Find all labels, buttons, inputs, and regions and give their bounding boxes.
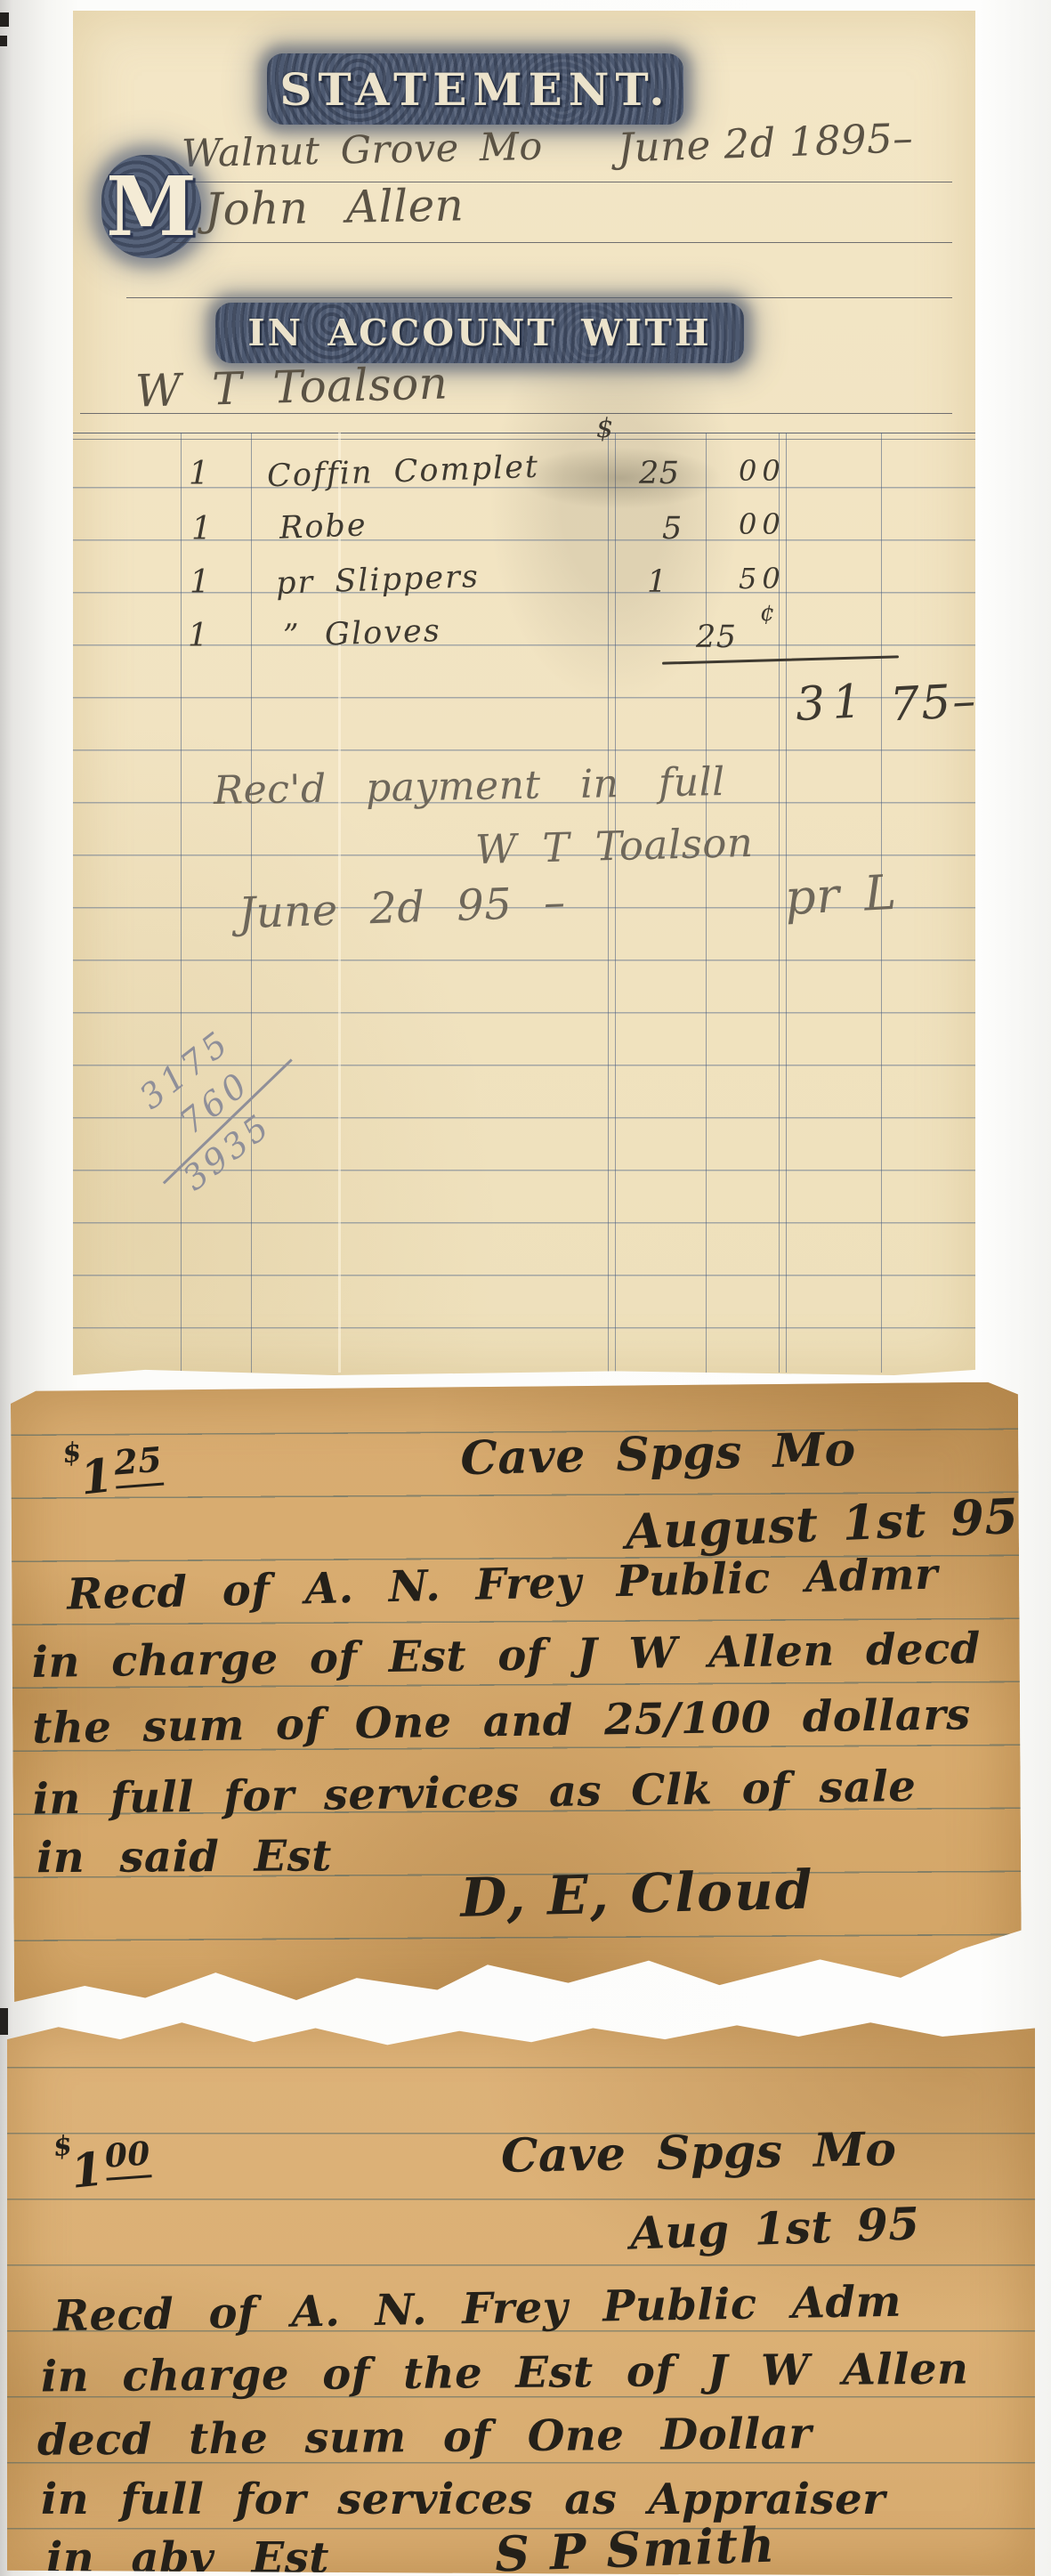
- item-qty: 1: [188, 618, 208, 654]
- item-dollar-mark: $: [596, 413, 614, 444]
- statement-customer: John Allen: [205, 179, 465, 235]
- item-dollars: 1: [647, 564, 667, 600]
- receipt-clerk-amount-dollars: 1: [77, 1448, 116, 1506]
- table-vline-amount-left-b: [615, 433, 616, 1373]
- item-desc: Coffin Complet: [266, 450, 539, 495]
- in-account-with-banner: IN ACCOUNT WITH: [215, 303, 744, 363]
- item-dollars: 25: [639, 456, 680, 491]
- receipt-clerk-document: $ 1 25 Cave Spgs Mo August 1st 95 Recd o…: [11, 1382, 1022, 2012]
- receipt-appraiser-signature: S P Smith: [494, 2516, 777, 2576]
- item-dollars: 25: [696, 620, 737, 655]
- gloves-underline: [662, 655, 899, 664]
- pencil-arithmetic: 3175 760 3935: [114, 1036, 268, 1193]
- receipt-appraiser-body-line: decd the sum of One Dollar: [37, 2409, 813, 2466]
- receipt-clerk-amount-cents: 25: [113, 1439, 165, 1489]
- blank-rule: [126, 297, 952, 298]
- scan-edge-mark: [0, 12, 9, 27]
- ink-smudge: [518, 447, 723, 509]
- statement-vendor: W T Toalson: [134, 357, 449, 417]
- receipt-appraiser-body-line: in charge of the Est of J W Allen: [41, 2344, 969, 2402]
- item-qty: 1: [191, 511, 212, 547]
- item-qty: 1: [190, 564, 210, 601]
- receipt-clerk-place: Cave Spgs Mo: [460, 1422, 857, 1486]
- receipt-clerk-body-line: Recd of A. N. Frey Public Admr: [67, 1550, 939, 1620]
- item-cents: 00: [739, 454, 786, 488]
- receipt-appraiser-document: $ 1 00 Cave Spgs Mo Aug 1st 95 Recd of A…: [7, 2017, 1035, 2576]
- statement-banner-label: STATEMENT.: [279, 63, 670, 116]
- received-note: Rec'd payment in full: [214, 759, 726, 814]
- table-vline-qty-left: [181, 433, 182, 1373]
- receipt-clerk-body-line: the sum of One and 25/100 dollars: [32, 1689, 971, 1754]
- item-cents: 00: [739, 507, 786, 541]
- receipt-appraiser-date: Aug 1st 95: [629, 2197, 920, 2259]
- statement-banner: STATEMENT.: [267, 53, 683, 125]
- item-desc: pr Slippers: [275, 559, 480, 602]
- received-date: June 2d 95 –: [238, 878, 566, 939]
- receipt-appraiser-amount-dollars: 1: [69, 2142, 107, 2199]
- item-desc: Robe: [279, 507, 368, 546]
- receipt-clerk-body-line: in full for services as Clk of sale: [32, 1762, 916, 1825]
- item-cents: 50: [739, 562, 786, 595]
- table-top-rule-2: [73, 439, 975, 440]
- receipt-appraiser-body-line: Recd of A. N. Frey Public Adm: [53, 2277, 902, 2342]
- in-account-with-label: IN ACCOUNT WITH: [247, 312, 711, 354]
- customer-rule: [174, 242, 952, 243]
- vendor-rule: [80, 413, 952, 414]
- item-dollars: 5: [662, 511, 683, 547]
- table-vline-amount-left-a: [608, 433, 609, 1373]
- item-qty: 1: [189, 456, 209, 492]
- statement-date: June 2d 1895–: [617, 114, 914, 172]
- scan-edge-mark: [0, 36, 7, 46]
- receipt-clerk-signature: D, E, Cloud: [460, 1859, 815, 1930]
- total-dollars: 31: [794, 675, 869, 732]
- statement-document: STATEMENT. Walnut Grove Mo June 2d 1895–…: [73, 11, 975, 1375]
- table-vline-cents: [706, 433, 707, 1373]
- statement-place: Walnut Grove Mo: [182, 125, 544, 176]
- table-top-rule: [73, 433, 975, 433]
- receipt-clerk-body-line: in said Est: [36, 1831, 332, 1883]
- received-signature: W T Toalson: [474, 819, 754, 873]
- receipt-appraiser-place: Cave Spgs Mo: [501, 2122, 897, 2183]
- scan-edge-mark: [0, 2008, 8, 2035]
- total-cents: 75–: [888, 674, 978, 732]
- item-cents: ¢: [760, 600, 775, 627]
- receipt-appraiser-body-line: in abv Est: [46, 2533, 329, 2576]
- item-desc: ” Gloves: [282, 613, 441, 654]
- receipt-clerk-date: August 1st 95: [625, 1487, 1020, 1560]
- receipt-clerk-body-line: in charge of Est of J W Allen decd: [31, 1624, 981, 1688]
- monogram-m: M: [106, 158, 197, 255]
- received-by: pr L: [783, 864, 898, 926]
- receipt-appraiser-amount-cents: 00: [103, 2135, 151, 2180]
